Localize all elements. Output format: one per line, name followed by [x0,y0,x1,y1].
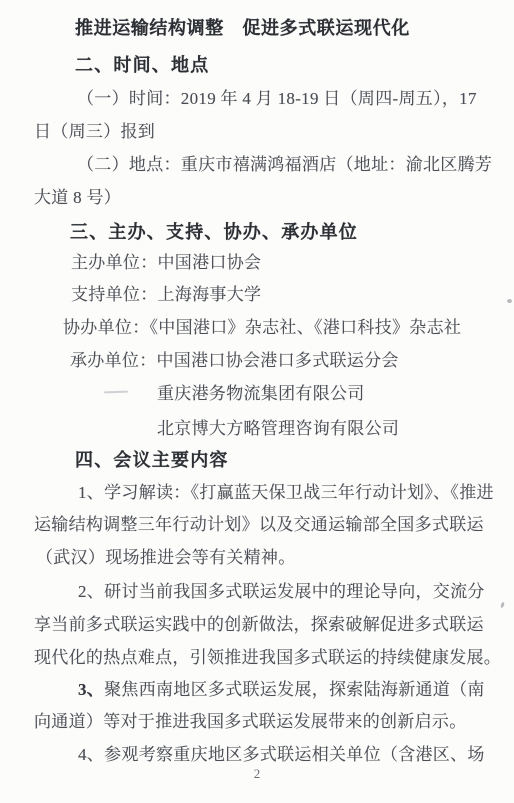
body-line-item4: 4、参观考察重庆地区多式联运相关单位（含港区、场 [78,744,485,766]
body-line-host-unit: 主办单位：中国港口协会 [71,252,261,274]
page-number: 2 [0,766,514,782]
body-line-item2: 2、研讨当前我国多式联运发展中的理论导向，交流分 [78,581,485,603]
body-line-item1: 1、学习解读：《打赢蓝天保卫战三年行动计划》、《推进 [78,482,494,504]
body-line-item3-cont: 向通道）等对于推进我国多式联运发展带来的创新启示。 [34,711,467,733]
body-line-place: （二）地点：重庆市禧满鸿福酒店（地址：渝北区腾芳 [77,154,492,176]
body-line-item2-cont: 享当前多式联运实践中的创新做法，探索破解促进多式联运 [34,614,484,636]
body-line-item3: 3、聚焦西南地区多式联运发展，探索陆海新通道（南 [78,679,485,701]
body-line-item1-cont: 运输结构调整三年行动计划》以及交通运输部全国多式联运 [34,514,484,536]
body-line-coorg-unit: 协办单位：《中国港口》杂志社、《港口科技》杂志社 [63,317,461,339]
faint-dash-mark [104,391,128,394]
section-heading-2: 二、时间、地点 [75,54,209,76]
section-heading-3: 三、主办、支持、协办、承办单位 [70,221,358,243]
body-line-undertake-3: 北京博大方略管理咨询有限公司 [157,418,399,440]
body-line-place-cont: 大道 8 号） [34,187,121,209]
body-line-time: （一）时间：2019 年 4 月 18-19 日（周四-周五），17 [77,88,477,110]
body-line-support-unit: 支持单位：上海海事大学 [71,284,261,306]
body-line-undertake-2: 重庆港务物流集团有限公司 [157,383,365,405]
item3-text: 聚焦西南地区多式联运发展，探索陆海新通道（南 [104,680,485,699]
document-title-line: 推进运输结构调整 促进多式联运现代化 [75,17,410,39]
scan-speck-right-lower [500,602,505,609]
body-line-undertake-unit: 承办单位：中国港口协会港口多式联运分会 [70,350,399,372]
item3-number: 3、 [78,680,104,699]
scanned-document-page: 推进运输结构调整 促进多式联运现代化 二、时间、地点 （一）时间：2019 年 … [0,0,514,803]
scan-speck-right-upper [507,299,512,303]
body-line-time-cont: 日（周三）报到 [34,121,155,143]
body-line-item2-cont2: 现代化的热点难点，引领推进我国多式联运的持续健康发展。 [34,647,501,669]
section-heading-4: 四、会议主要内容 [75,449,229,471]
body-line-item1-cont2: （武汉）现场推进会等有关精神。 [36,547,296,569]
